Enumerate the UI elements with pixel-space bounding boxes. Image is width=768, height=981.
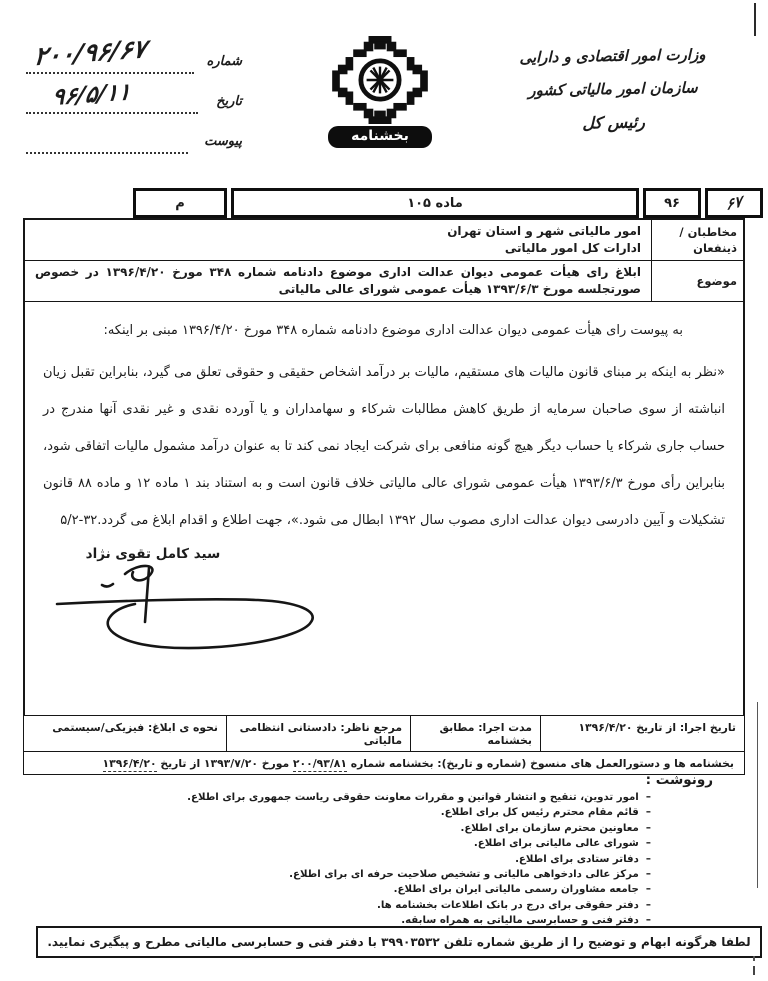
classification-year-box: ۹۶	[643, 188, 701, 218]
letterhead: وزارت امور اقتصادی و دارایی سازمان امور …	[487, 38, 739, 141]
subject-label: موضوع	[651, 261, 743, 301]
audience-row: مخاطبان / ذینفعان امور مالیاتی شهر و است…	[25, 220, 743, 261]
cc-item: امور تدوین، تنقیح و انتشار قوانین و مقرر…	[53, 790, 713, 805]
circular-type-banner: بخشنامه	[328, 126, 432, 148]
date-handwritten-value: ۹۶/۵/۱۱	[51, 79, 132, 111]
cc-item: جامعه مشاوران رسمی مالیاتی ایران برای اط…	[53, 882, 713, 897]
organization-name: سازمان امور مالیاتی کشور	[488, 71, 739, 108]
attachment-label: پیوست	[204, 134, 242, 149]
execution-date-cell: تاریخ اجرا: از تاریخ ۱۳۹۶/۴/۲۰	[540, 716, 744, 751]
main-table: مخاطبان / ذینفعان امور مالیاتی شهر و است…	[23, 218, 745, 732]
classification-article-box: ماده ۱۰۵	[231, 188, 639, 218]
cc-item: قائم مقام محترم رئیس کل برای اطلاع.	[53, 805, 713, 820]
cc-title: رونوشت :	[53, 772, 713, 788]
cc-item: مرکز عالی دادخواهی مالیاتی و تشخیص صلاحی…	[53, 867, 713, 882]
scan-artifact	[753, 966, 755, 975]
audience-label: مخاطبان / ذینفعان	[651, 220, 743, 260]
cc-item: معاونین محترم سازمان برای اطلاع.	[53, 821, 713, 836]
registration-block: شماره ۲۰۰/۹۶/۶۷ تاریخ ۹۶/۵/۱۱ پیوست	[22, 40, 242, 160]
body-paragraph: «نظر به اینکه بر مبنای قانون مالیات های …	[43, 354, 725, 539]
ministry-name: وزارت امور اقتصادی و دارایی	[487, 38, 738, 75]
subject-value: ابلاغ رای هیأت عمومی دیوان عدالت اداری م…	[25, 261, 651, 301]
repealed-row: بخشنامه ها و دستورالعمل های منسوخ (شماره…	[24, 751, 744, 774]
scan-artifact	[754, 3, 756, 36]
office-title: رئیس کل	[488, 104, 739, 141]
meta-table: تاریخ اجرا: از تاریخ ۱۳۹۶/۴/۲۰ مدت اجرا:…	[23, 715, 745, 775]
attachment-dotted-line	[26, 152, 188, 154]
scan-artifact	[757, 702, 759, 888]
scanned-circular-page: وزارت امور اقتصادی و دارایی سازمان امور …	[0, 0, 768, 981]
footer-notice: لطفا هرگونه ابهام و توضیح را از طریق شما…	[36, 926, 762, 958]
date-label: تاریخ	[216, 94, 242, 109]
delivery-method-cell: نحوه ی ابلاغ: فیزیکی/سیستمی	[24, 716, 226, 751]
subject-row: موضوع ابلاغ رای هیأت عمومی دیوان عدالت ا…	[25, 261, 743, 302]
repealed-circular-number: ۲۰۰/۹۳/۸۱	[293, 757, 347, 772]
cc-item: شورای عالی مالیاتی برای اطلاع.	[53, 836, 713, 851]
tax-organization-emblem-icon	[332, 36, 428, 124]
signature-scribble-icon	[53, 560, 333, 660]
classification-type-box: م	[133, 188, 227, 218]
reference-code: ۵/۲-۳۲	[60, 513, 97, 528]
classification-row: م ماده ۱۰۵ ۹۶ ۶۷	[133, 188, 763, 218]
classification-serial-box: ۶۷	[705, 188, 763, 218]
scan-artifact	[753, 956, 755, 961]
meta-row: تاریخ اجرا: از تاریخ ۱۳۹۶/۴/۲۰ مدت اجرا:…	[24, 716, 744, 751]
body-intro: به پیوست رای هیأت عمومی دیوان عدالت ادار…	[43, 316, 725, 346]
body-row: به پیوست رای هیأت عمومی دیوان عدالت ادار…	[25, 316, 743, 730]
emblem-block: بخشنامه	[328, 36, 432, 148]
number-dotted-line	[26, 72, 194, 74]
repealed-effective-date: ۱۳۹۶/۴/۲۰	[103, 757, 157, 772]
number-handwritten-value: ۲۰۰/۹۶/۶۷	[33, 34, 148, 71]
date-dotted-line	[26, 112, 198, 114]
number-label: شماره	[207, 54, 242, 69]
cc-item: دفتر حقوقی برای درج در بانک اطلاعات بخشن…	[53, 898, 713, 913]
supervisor-cell: مرجع ناظر: دادستانی انتظامی مالیاتی	[226, 716, 410, 751]
duration-cell: مدت اجرا: مطابق بخشنامه	[410, 716, 540, 751]
cc-section: رونوشت : امور تدوین، تنقیح و انتشار قوان…	[53, 772, 713, 929]
audience-value: امور مالیاتی شهر و استان تهران ادارات کل…	[25, 220, 651, 260]
cc-item: دفاتر ستادی برای اطلاع.	[53, 852, 713, 867]
